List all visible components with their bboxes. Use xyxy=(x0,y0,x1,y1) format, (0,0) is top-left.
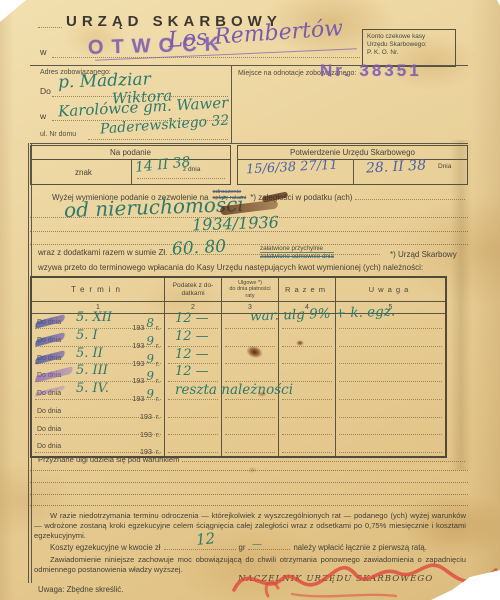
year-handwritten: 9 xyxy=(146,387,154,401)
year-prefix: 193 xyxy=(132,323,144,332)
due-date-handwritten: 5. III xyxy=(76,363,108,378)
remark-note: Uwaga: Zbędne skreślić. xyxy=(38,585,123,594)
year-prefix: 193 xyxy=(132,341,144,350)
col-header-line: datkami xyxy=(181,290,204,297)
confirmation-nr-handwritten: 15/6/38 27/11 xyxy=(246,158,338,178)
costs-post: należy wpłacić łącznie z pierwszą ratą. xyxy=(293,543,426,552)
confirmation-box: Potwierdzenie Urzędu Skarbowego Dnia 15/… xyxy=(237,145,468,185)
amount-handwritten: 12 — xyxy=(175,329,209,344)
year-suffix: r. xyxy=(156,430,160,439)
dnia-label: Dnia xyxy=(438,163,451,170)
table-row: Do dnia 193r. xyxy=(32,403,445,421)
signature-title: NACZELNIK URZĘDU SKARBOWEGO xyxy=(238,574,433,584)
years-handwritten: 1934/1936 xyxy=(192,212,279,234)
confirmation-date-handwritten: 28. II 38 xyxy=(366,157,427,176)
pen-mark xyxy=(35,366,73,383)
col-header-razem: Razem xyxy=(279,278,336,302)
pko-line: Konto czekowe kasy xyxy=(367,33,451,41)
sum-pre: wraz z dodatkami razem w sumie Zł. xyxy=(38,248,167,257)
amount-handwritten: reszta należności xyxy=(175,382,293,398)
in-label: w xyxy=(40,47,47,57)
horizontal-rule xyxy=(30,143,468,144)
col-header-ulgowe: Ulgowe *) do dnia płatności raty xyxy=(222,278,279,302)
enforcement-paragraph: W razie niedotrzymania terminu odroczeni… xyxy=(34,511,466,542)
amount-handwritten: 12 — xyxy=(175,347,209,362)
row-label: Do dnia xyxy=(37,408,61,415)
dotted-rule xyxy=(137,178,225,179)
costs-gr-handwritten: — xyxy=(252,539,262,550)
year-suffix: r. xyxy=(156,323,160,332)
call-line: wzywa przeto do terminowego wpłacania do… xyxy=(38,263,423,272)
year-prefix: 193 xyxy=(140,412,152,421)
to-label: Do xyxy=(40,86,51,96)
podanie-box: Na podanie znak z dnia 14 II 38 xyxy=(30,145,231,185)
vertical-rule xyxy=(131,159,132,184)
pen-mark xyxy=(35,314,66,329)
street-label: ul. Nr domu xyxy=(40,131,76,138)
year-prefix: 193 xyxy=(132,394,144,403)
validity-paragraph: Zawiadomienie niniejsze zachowuje moc ob… xyxy=(34,555,466,575)
sum-post: *) Urząd Skarbowy xyxy=(390,250,457,259)
year-handwritten: 9 xyxy=(146,352,154,366)
year-prefix: 193 xyxy=(132,359,144,368)
due-date-handwritten: 5. XII xyxy=(76,310,112,325)
table-row: Do dnia 193r. xyxy=(32,438,445,456)
dotted-rule xyxy=(30,494,468,495)
pen-mark xyxy=(35,350,66,365)
znak-label: znak xyxy=(75,168,92,177)
dotted-rule xyxy=(30,505,468,506)
dotted-rule xyxy=(38,27,62,28)
dotted-filler xyxy=(355,198,465,200)
year-handwritten: 8 xyxy=(146,316,154,330)
table-row: Do dnia 5. IV. 1939r. reszta należności xyxy=(32,385,445,403)
table-row: Do dnia 193r. xyxy=(32,421,445,439)
year-suffix: r. xyxy=(156,341,160,350)
year-suffix: r. xyxy=(156,376,160,385)
year-prefix: 193 xyxy=(140,447,152,456)
col-header-line: Podatek z do- xyxy=(173,282,214,289)
row-label: Do dnia xyxy=(37,443,61,450)
row-label: Do dnia xyxy=(37,426,61,433)
due-date-handwritten: 5. IV. xyxy=(76,381,109,396)
number-stamp: Nr. 38351 xyxy=(320,61,422,81)
col-header-line: raty xyxy=(245,293,254,299)
year-suffix: r. xyxy=(156,412,160,421)
due-date-handwritten: 5. II xyxy=(76,346,103,361)
year-prefix: 193 xyxy=(140,430,152,439)
dotted-rule xyxy=(30,482,468,483)
vertical-rule xyxy=(353,159,354,184)
option-negative: załatwiono odmownie dnia xyxy=(260,253,334,260)
col-header-podatek: Podatek z do- datkami xyxy=(165,278,222,302)
year-suffix: r. xyxy=(156,359,160,368)
paper: URZĄD SKARBOWY w OTWOCK Los Rembertów Ko… xyxy=(0,0,500,600)
col-header-termin: Termin xyxy=(32,278,165,302)
dotted-rule xyxy=(30,244,468,245)
pko-line: P. K. O. Nr. xyxy=(367,49,451,57)
amount-handwritten: 12 — xyxy=(175,364,209,379)
para1-post: *) zaległości w podatku (ach) xyxy=(250,193,352,202)
podanie-title: Na podanie xyxy=(31,146,230,160)
costs-gr-label: gr xyxy=(239,543,246,552)
option-stack: załatwione przychylnie załatwiono odmown… xyxy=(260,245,334,261)
in-label-2: w xyxy=(40,111,46,121)
scanned-tax-form: URZĄD SKARBOWY w OTWOCK Los Rembertów Ko… xyxy=(0,0,500,600)
year-handwritten: 9 xyxy=(146,334,154,348)
dotted-filler xyxy=(182,460,465,462)
year-suffix: r. xyxy=(156,447,160,456)
costs-pre: Koszty egzekucyjne w kwocie zł xyxy=(50,543,161,552)
amount-handwritten: 12 — xyxy=(175,311,209,326)
year-suffix: r. xyxy=(156,394,160,403)
due-date-handwritten: 5. I xyxy=(76,328,98,343)
vertical-rule xyxy=(231,65,232,143)
table-header-row: Termin Podatek z do- datkami Ulgowe *) d… xyxy=(32,278,445,302)
costs-line: Koszty egzekucyjne w kwocie zł gr należy… xyxy=(50,543,430,552)
pen-mark xyxy=(35,332,66,347)
sum-handwritten: 60. 80 xyxy=(172,237,227,260)
dotted-rule xyxy=(88,139,228,140)
pko-line: Urzędu Skarbowego: xyxy=(367,41,451,49)
option-favorable: załatwione przychylnie xyxy=(260,245,334,253)
col-header-uwaga: Uwaga xyxy=(336,278,445,302)
confirmation-title: Potwierdzenie Urzędu Skarbowego xyxy=(238,146,467,160)
year-prefix: 193 xyxy=(132,376,144,385)
year-handwritten: 9 xyxy=(146,369,154,383)
dotted-rule xyxy=(30,470,468,471)
costs-handwritten: 12 xyxy=(195,529,216,549)
